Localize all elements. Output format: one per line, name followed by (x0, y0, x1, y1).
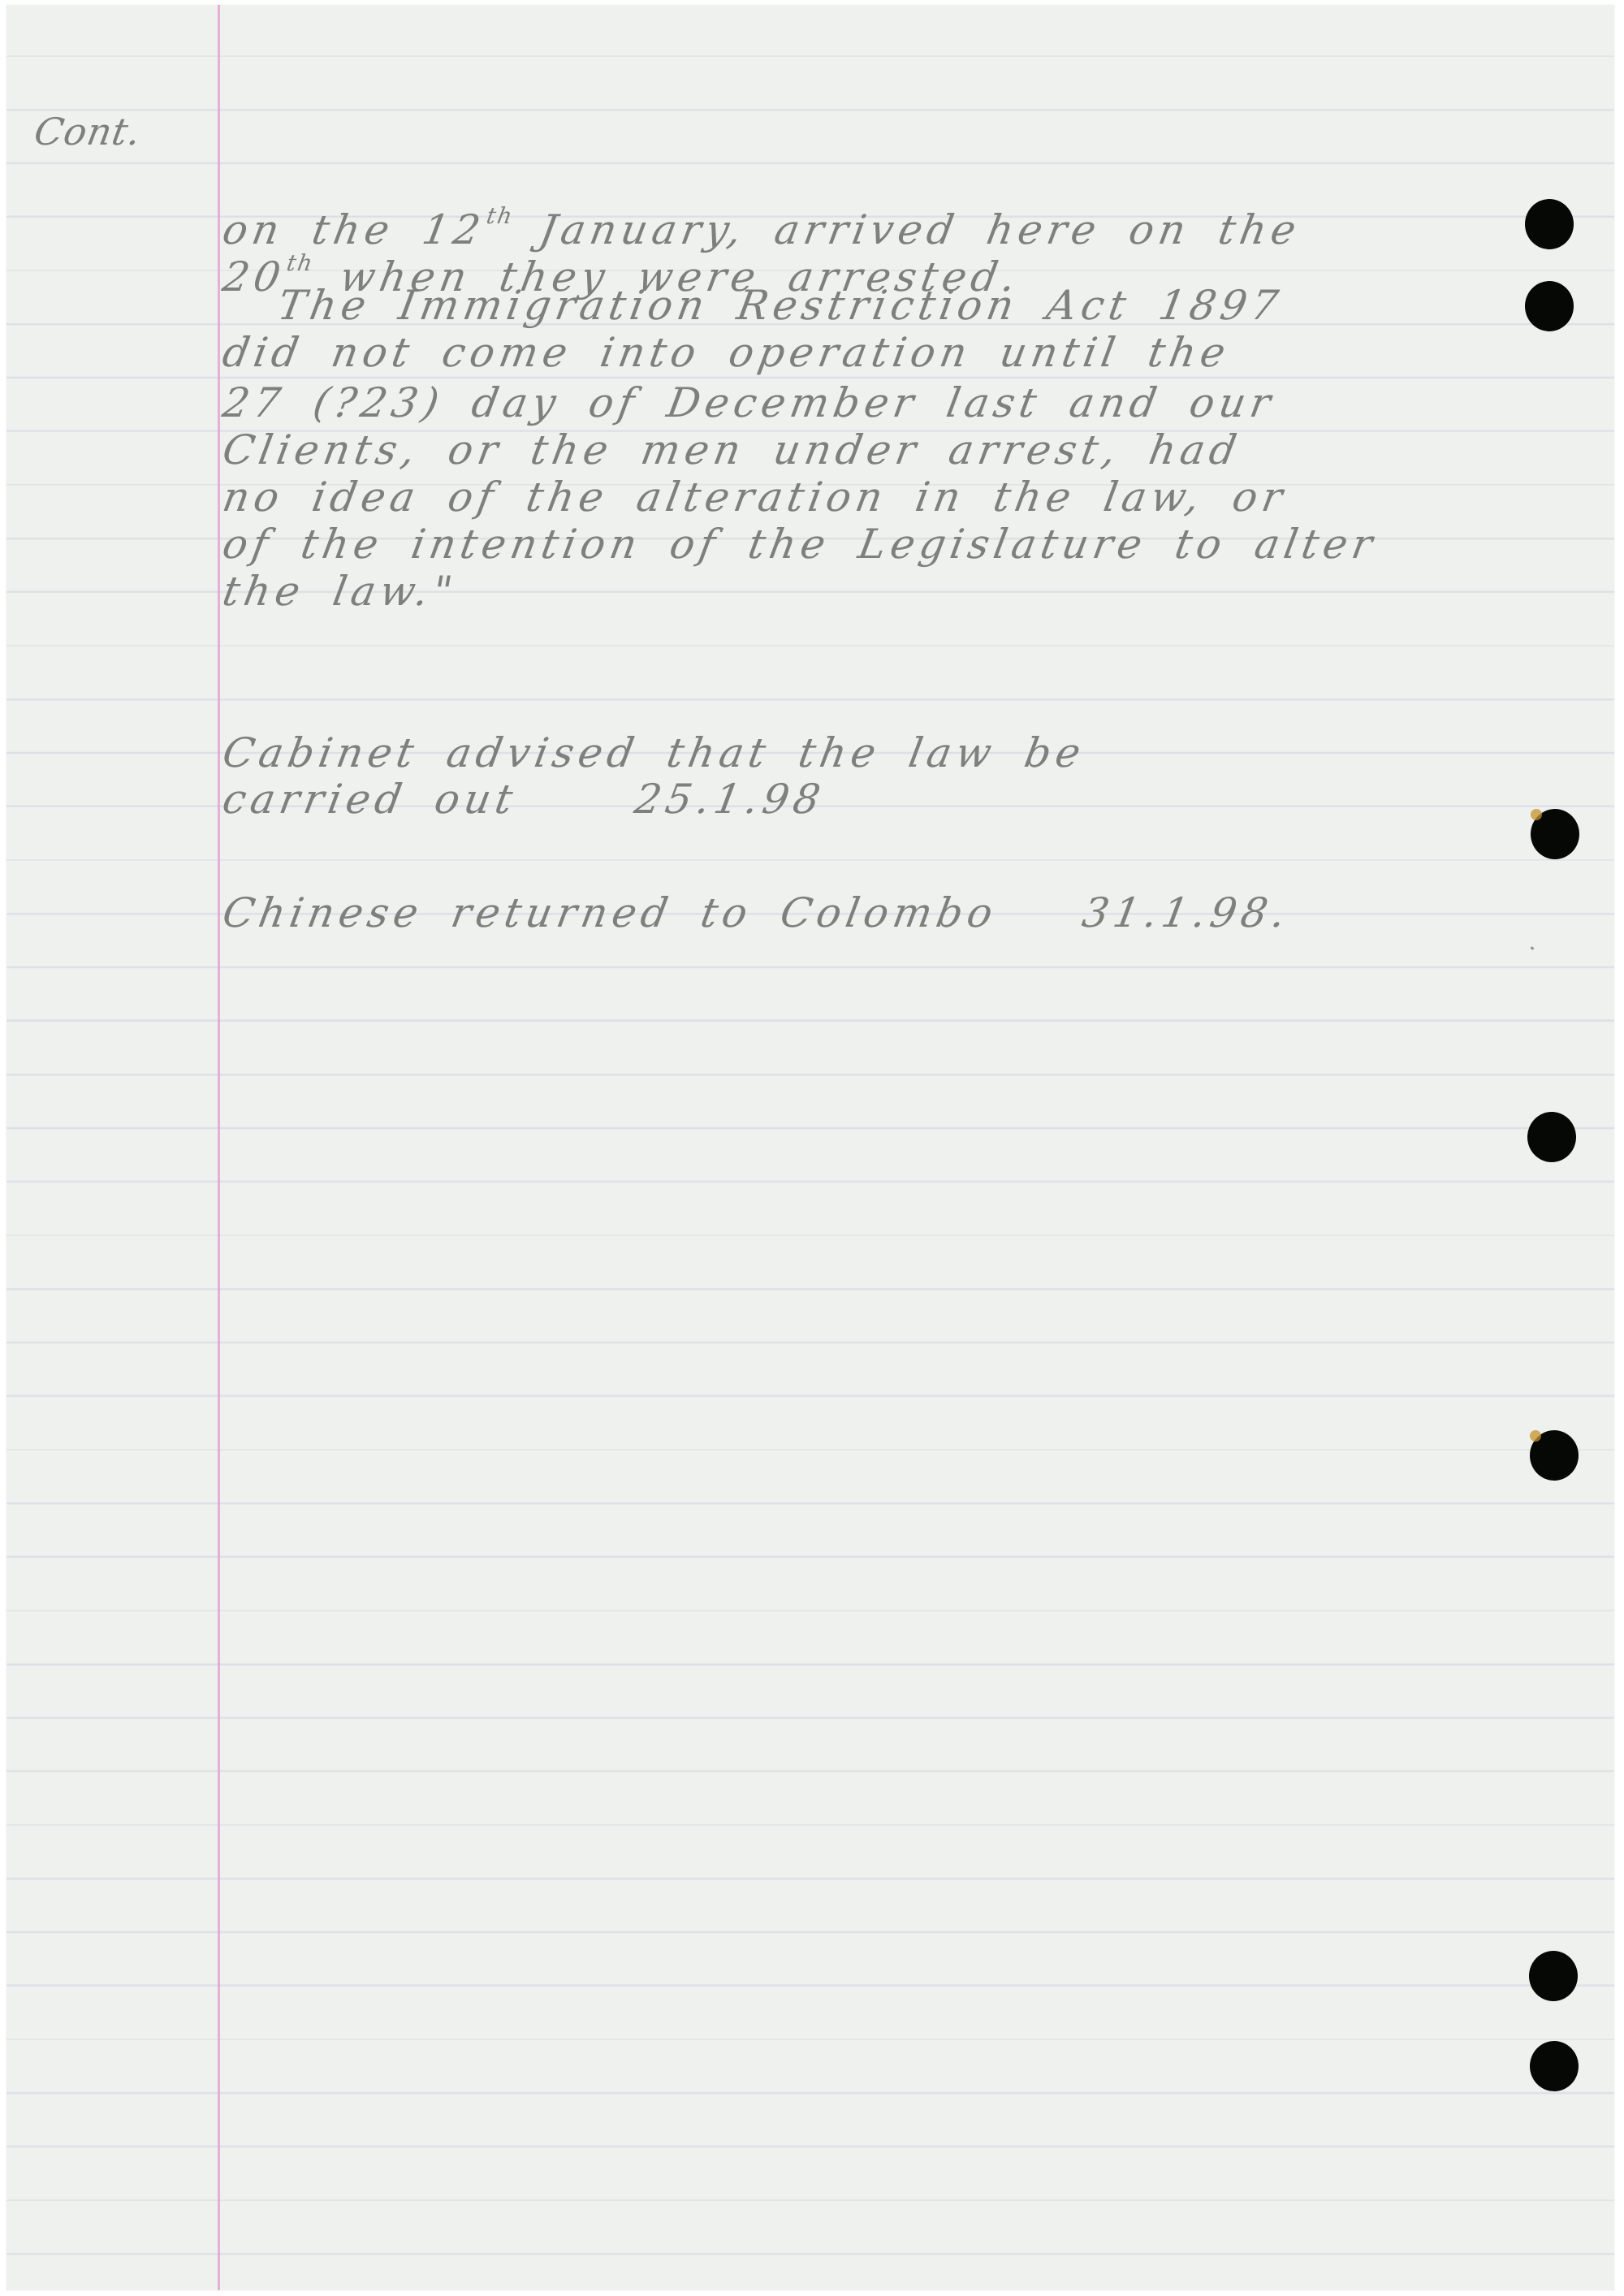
punch-hole-6 (1529, 1951, 1578, 2001)
paper-speck (1531, 946, 1535, 950)
text-line-cabinet-2: carried out 25.1.98 (219, 776, 828, 822)
text-line-5: 27 (?23) day of December last and our (219, 380, 1279, 426)
text-line-8: of the intention of the Legislature to a… (219, 521, 1380, 567)
punch-hole-1 (1525, 199, 1574, 249)
text-line-returned: Chinese returned to Colombo 31.1.98. (219, 890, 1294, 936)
date-stamp: 25.1.98 (631, 776, 828, 823)
punch-hole-3 (1531, 809, 1579, 859)
lined-paper-sheet: Cont. on the 12th January, arrived here … (6, 5, 1614, 2290)
text-line-cabinet-1: Cabinet advised that the law be (219, 730, 1089, 776)
text-line-7: no idea of the alteration in the law, or (219, 474, 1290, 520)
date-stamp: 31.1.98. (1079, 889, 1294, 936)
line-text: carried out (219, 776, 521, 823)
punch-hole-2 (1525, 281, 1574, 331)
punch-hole-7 (1530, 2041, 1579, 2091)
line-text: Chinese returned to Colombo (219, 889, 1001, 936)
text-line-9: the law." (219, 569, 460, 614)
punch-hole-5 (1530, 1430, 1579, 1481)
punch-hole-4 (1527, 1112, 1576, 1162)
text-line-6: Clients, or the men under arrest, had (219, 427, 1245, 473)
margin-note-cont: Cont. (31, 109, 145, 154)
text-line-3: The Immigration Restriction Act 1897 (274, 283, 1286, 328)
text-line-4: did not come into operation until the (219, 330, 1233, 375)
line-text: 20 (219, 253, 289, 301)
margin-rule-line (218, 5, 220, 2290)
